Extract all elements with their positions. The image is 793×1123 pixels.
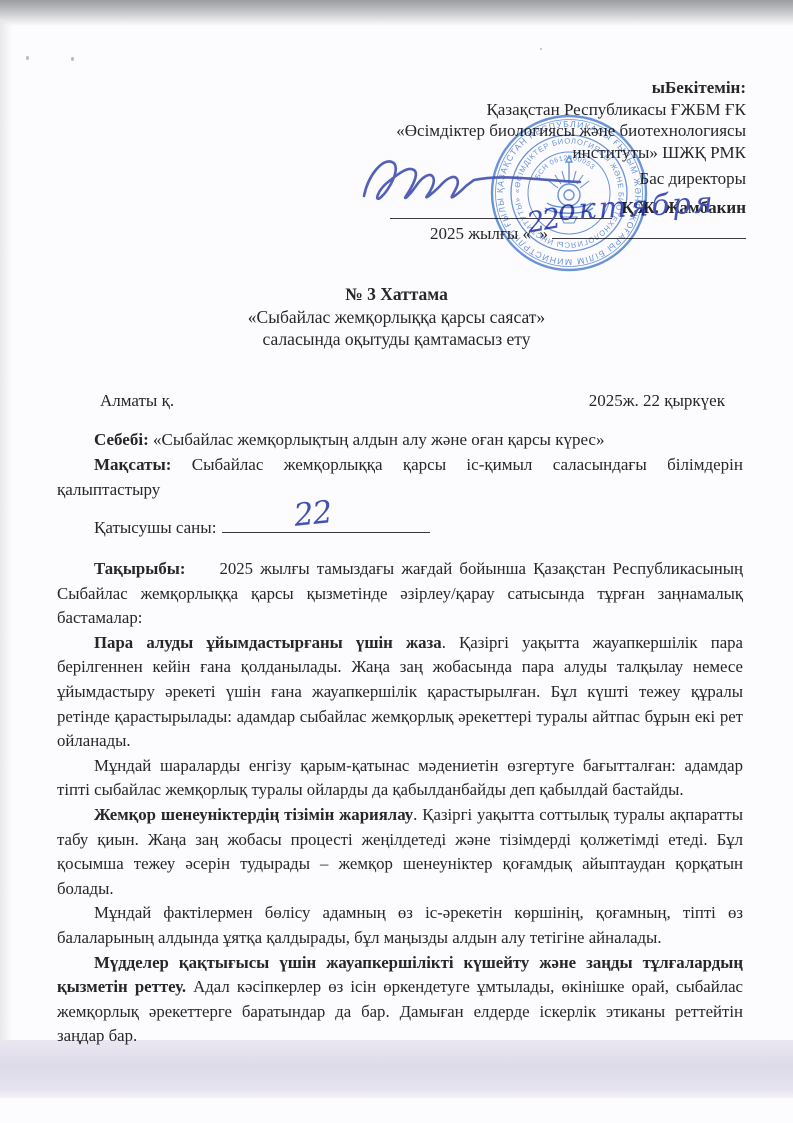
city: Алматы қ. xyxy=(57,391,174,411)
title-line3: саласында оқытуды қамтамасыз ету xyxy=(0,328,793,351)
goal-label: Мақсаты: xyxy=(94,455,171,474)
title-protocol-number: № 3 Хаттама xyxy=(0,283,793,306)
approval-org-line1: Қазақстан Республикасы ҒЖБМ ҒК xyxy=(226,99,746,121)
document-date: 2025ж. 22 қыркүек xyxy=(589,391,743,411)
meta-row: Алматы қ. 2025ж. 22 қыркүек xyxy=(57,391,743,411)
body-paragraph: Жемқор шенеуніктердің тізімін жариялау. … xyxy=(57,803,743,901)
scan-speck xyxy=(540,48,542,50)
scan-edge-top xyxy=(0,0,793,26)
document-title: № 3 Хаттама «Сыбайлас жемқорлыққа қарсы … xyxy=(0,283,793,351)
paragraph-lead: Пара алуды ұйымдастырғаны үшін жаза xyxy=(94,633,442,652)
reason-text: «Сыбайлас жемқорлықтың алдын алу және оғ… xyxy=(153,430,604,449)
participants-label: Қатысушы саны: xyxy=(94,518,216,537)
approval-org-line2: «Өсімдіктер биологиясы және биотехнологи… xyxy=(226,120,746,142)
paragraph-lead: Жемқор шенеуніктердің тізімін жариялау xyxy=(94,805,413,824)
body-paragraph: Мұндай шараларды енгізу қарым-қатынас мә… xyxy=(57,754,743,803)
scanned-document-page: ыБекітемін: Қазақстан Республикасы ҒЖБМ … xyxy=(0,0,793,1123)
title-line2: «Сыбайлас жемқорлыққа қарсы саясат» xyxy=(0,306,793,329)
body-paragraph: Пара алуды ұйымдастырғаны үшін жаза. Қаз… xyxy=(57,631,743,754)
director-signature xyxy=(352,150,602,216)
goal-paragraph: Мақсаты: Сыбайлас жемқорлыққа қарсы іс-қ… xyxy=(57,452,743,502)
scan-edge-left xyxy=(0,20,12,1043)
body-paragraph: Мүдделер қақтығысы үшін жауапкершілікті … xyxy=(57,951,743,1049)
details-block: Себебі: «Сыбайлас жемқорлықтың алдын алу… xyxy=(57,427,743,503)
participants-line: 22 xyxy=(222,514,430,533)
reason-paragraph: Себебі: «Сыбайлас жемқорлықтың алдын алу… xyxy=(57,427,743,452)
approval-label: ыБекітемін: xyxy=(226,77,746,99)
paragraph-text: Мұндай шараларды енгізу қарым-қатынас мә… xyxy=(57,756,743,800)
body-paragraph: Мұндай фактілермен бөлісу адамның өз іс-… xyxy=(57,901,743,950)
approval-date-row: 2025 жылғы «22 »октября xyxy=(226,222,746,245)
reason-label: Себебі: xyxy=(94,430,149,449)
topic-paragraph: Тақырыбы:2025 жылғы тамыздағы жағдай бой… xyxy=(57,557,743,631)
scan-speck xyxy=(26,56,29,60)
participants-row: Қатысушы саны:22 xyxy=(57,514,743,538)
topic-label: Тақырыбы: xyxy=(94,559,185,578)
body-text: Тақырыбы:2025 жылғы тамыздағы жағдай бой… xyxy=(57,557,743,1049)
handwritten-participants-count: 22 xyxy=(293,494,334,534)
scan-speck xyxy=(71,57,74,61)
paragraph-text: Мұндай фактілермен бөлісу адамның өз іс-… xyxy=(57,903,743,947)
